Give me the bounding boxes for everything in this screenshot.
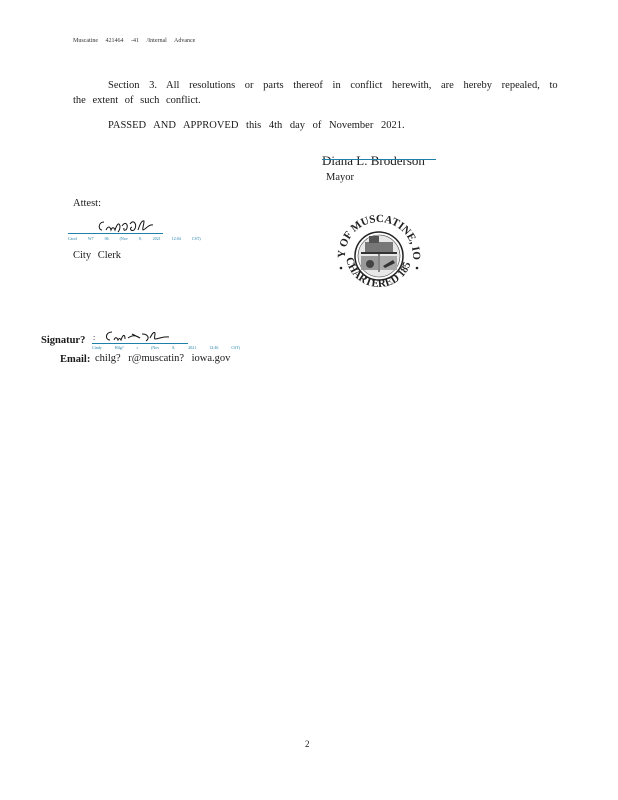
mayor-title: Mayor xyxy=(326,172,354,183)
signature-caption: Cindy Hilg? r (Nov 8, 2021 12:46 CST) xyxy=(92,345,240,350)
mayor-signature-line xyxy=(322,159,436,160)
signature-line xyxy=(92,343,188,344)
email-value: chilg? r@muscatin? iowa.gov xyxy=(95,353,230,364)
running-header: Muscatine 421464 -41 /Internal Advance xyxy=(73,38,195,44)
email-label: Email: xyxy=(60,354,90,365)
clerk-signature-caption: Carol W7 06 (Nov 8, 2021 12:04 CST) xyxy=(68,236,201,241)
section-3-text-line1: Section 3. All resolutions or parts ther… xyxy=(108,80,558,91)
clerk-signature-line xyxy=(68,233,163,234)
attest-label: Attest: xyxy=(73,198,101,209)
mayor-signature-name: Diana L. Broderson xyxy=(322,153,425,169)
page-number: 2 xyxy=(305,739,310,749)
signature-label: Signatur? xyxy=(41,335,85,346)
passed-approved-line: PASSED AND APPROVED this 4th day of Nove… xyxy=(108,120,405,131)
section-3-text-line2: the extent of such conflict. xyxy=(73,95,201,106)
clerk-title: City Clerk xyxy=(73,250,121,261)
city-seal-icon: CITY OF MUSCATINE, IOWA CHARTERED 1851 xyxy=(331,206,427,302)
signature-colon: : xyxy=(93,333,95,342)
